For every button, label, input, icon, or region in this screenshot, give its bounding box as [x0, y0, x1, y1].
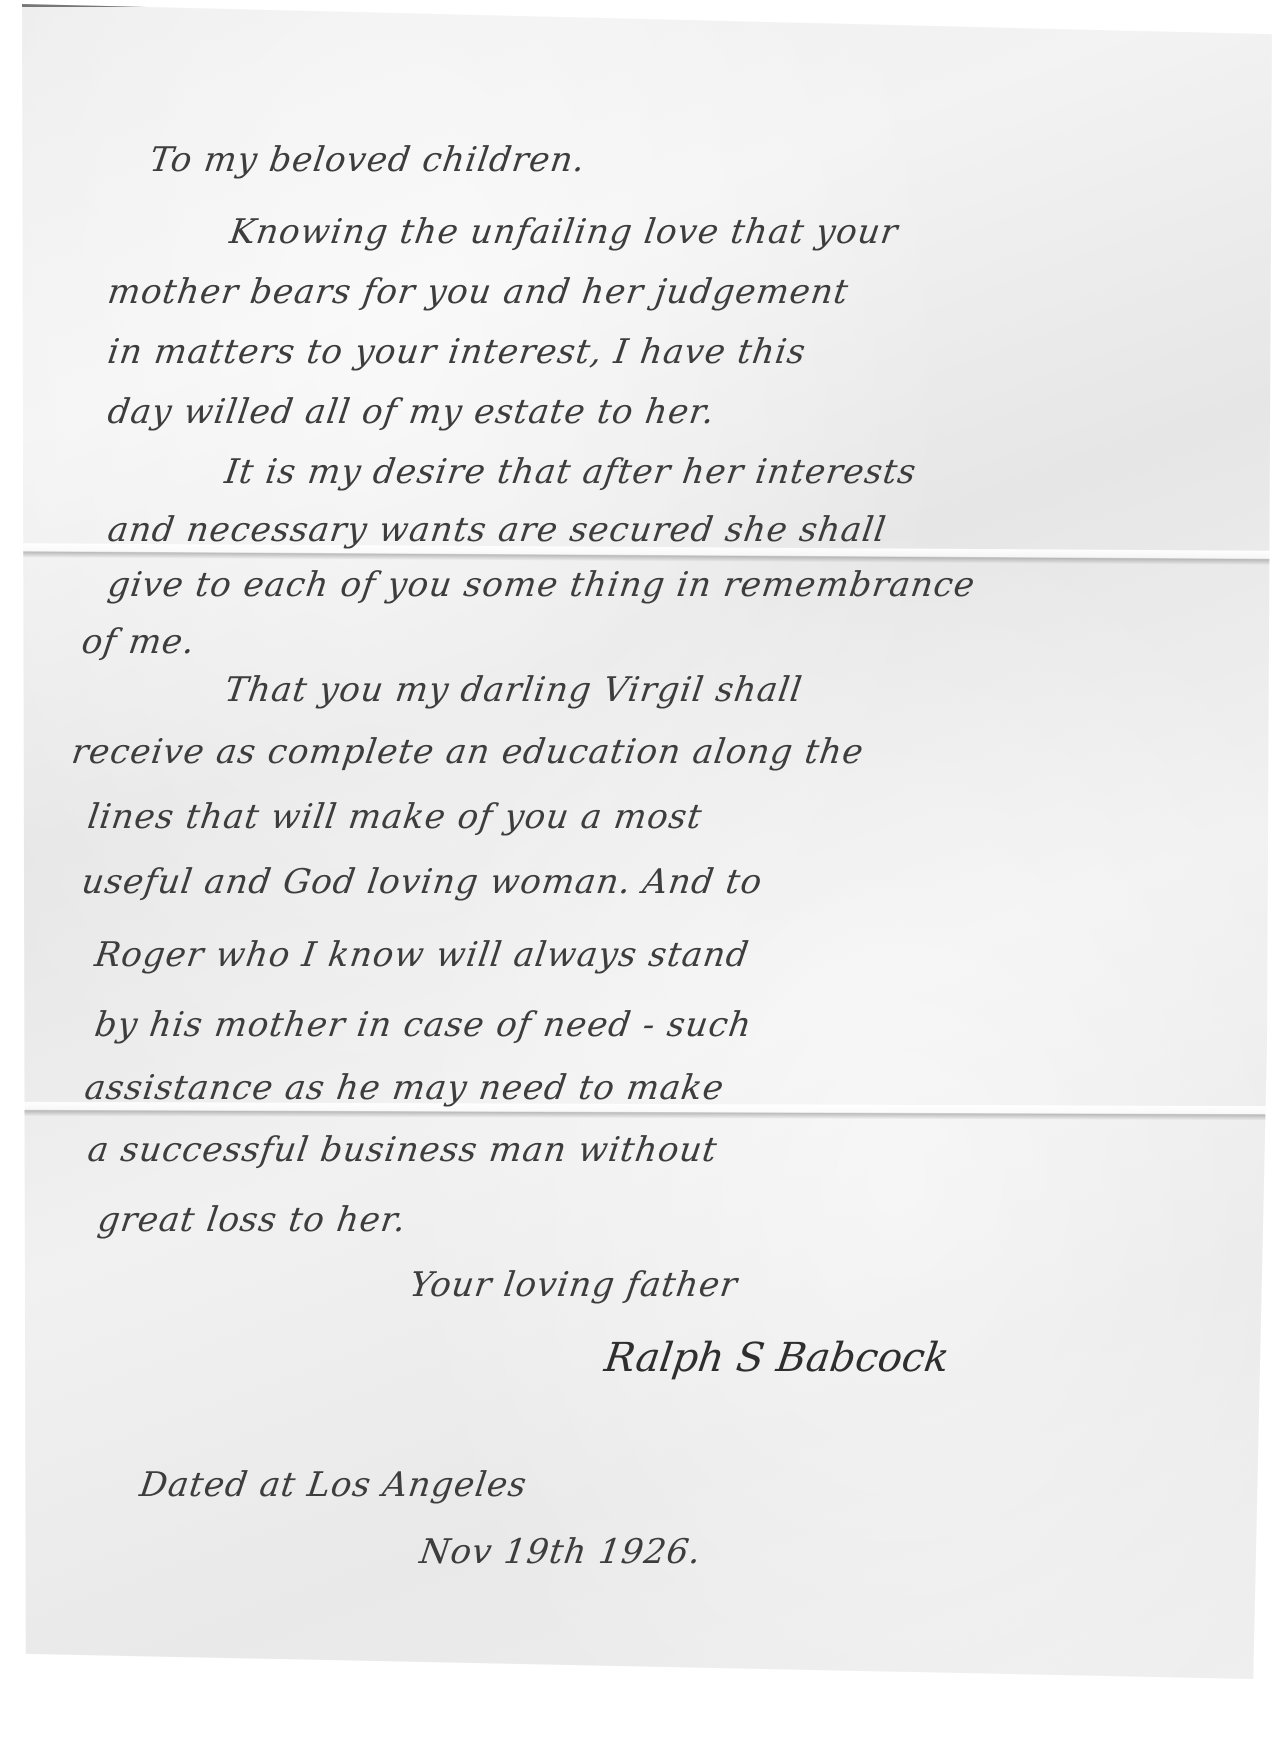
paragraph-line: receive as complete an education along t… — [69, 732, 866, 772]
paragraph-line: It is my desire that after her interests — [222, 452, 919, 492]
dated-date: Nov 19th 1926. — [417, 1532, 704, 1572]
paragraph-line: give to each of you some thing in rememb… — [105, 565, 978, 605]
paragraph-line: day willed all of my estate to her. — [105, 392, 717, 432]
paragraph-line: of me. — [79, 622, 198, 662]
paragraph-line: great loss to her. — [95, 1200, 409, 1240]
paragraph-line: That you my darling Virgil shall — [222, 670, 805, 710]
paragraph-line: mother bears for you and her judgement — [105, 272, 851, 312]
paragraph-line: and necessary wants are secured she shal… — [105, 510, 889, 550]
salutation: To my beloved children. — [147, 140, 588, 180]
dated-place: Dated at Los Angeles — [137, 1465, 529, 1505]
paragraph-line: Knowing the unfailing love that your — [227, 212, 901, 252]
paragraph-line: lines that will make of you a most — [85, 797, 705, 837]
paragraph-line: by his mother in case of need - such — [92, 1005, 754, 1045]
closing: Your loving father — [407, 1265, 740, 1305]
paragraph-line: useful and God loving woman. And to — [79, 862, 765, 902]
paragraph-line: Roger who I know will always stand — [92, 935, 752, 975]
signature: Ralph S Babcock — [602, 1335, 952, 1381]
paragraph-line: in matters to your interest, I have this — [105, 332, 808, 372]
paragraph-line: assistance as he may need to make — [82, 1068, 727, 1108]
paragraph-line: a successful business man without — [85, 1130, 720, 1170]
letter-paper — [22, 4, 1272, 1679]
